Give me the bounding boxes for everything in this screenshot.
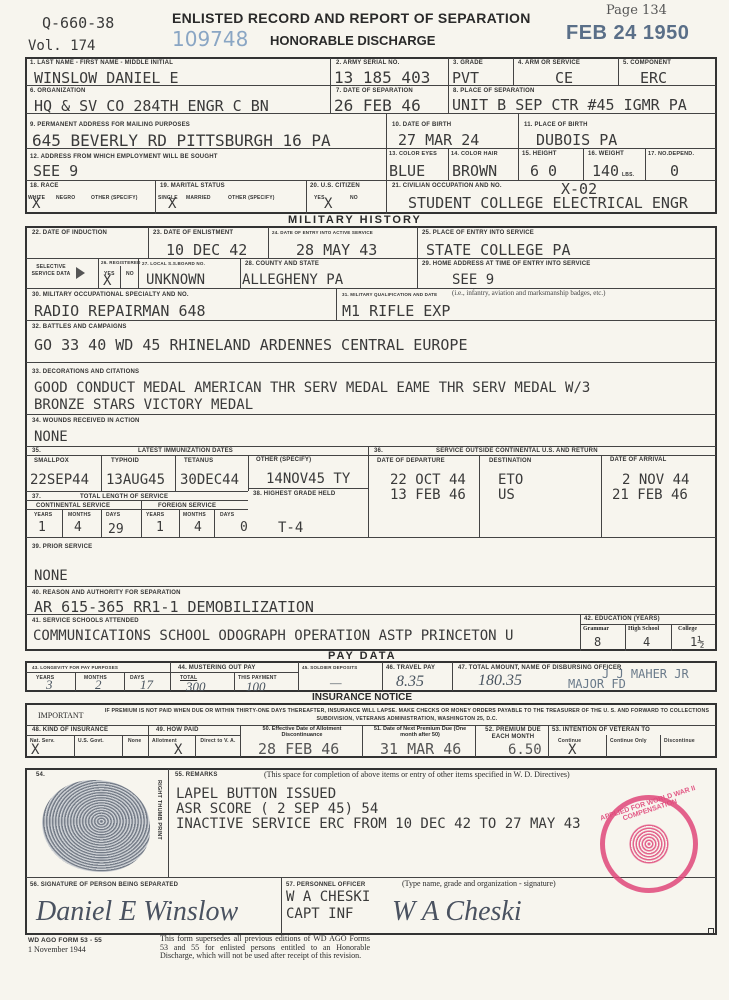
- foreign-months: 4: [194, 520, 202, 535]
- intention-check-mark: X: [568, 742, 576, 758]
- active-entry-field: 28 MAY 43: [296, 241, 377, 259]
- grade-label: 3. Grade: [453, 60, 483, 66]
- separation-place-label: 8. Place of Separation: [453, 88, 535, 94]
- effective-date-label: 50. Effective Date of Allotment Disconti…: [246, 726, 358, 738]
- corner-box-icon: [708, 928, 714, 934]
- personnel-officer-name: W A CHESKI: [286, 889, 370, 905]
- education-label: 42. Education (Years): [584, 616, 660, 622]
- remarks-line-1: LAPEL BUTTON ISSUED: [176, 786, 336, 802]
- date-stamp: FEB 24 1950: [566, 22, 689, 45]
- registered-check-mark: X: [103, 273, 111, 289]
- grade-field: PVT: [452, 69, 479, 87]
- qualification-field: M1 RIFLE EXP: [342, 302, 450, 320]
- pob-label: 11. Place of Birth: [524, 122, 588, 128]
- this-payment: 100: [246, 679, 266, 695]
- outside-title: Service Outside Continental U.S. and Ret…: [436, 448, 598, 454]
- county-label: 28. County and State: [245, 261, 319, 267]
- reason-field: AR 615-365 RR1-1 DEMOBILIZATION: [34, 598, 314, 616]
- college-label: College: [678, 626, 697, 632]
- stamp-seal-icon: [629, 824, 669, 864]
- effective-date-field: 28 FEB 46: [258, 740, 339, 758]
- battles-field: GO 33 40 WD 45 RHINELAND ARDENNES CENTRA…: [34, 336, 467, 354]
- induction-label: 22. Date of Induction: [32, 230, 107, 236]
- mos-label: 30. Military Occupational Specialty and …: [32, 292, 189, 298]
- cont-months: 4: [74, 520, 82, 535]
- remarks-line-3: INACTIVE SERVICE ERC FROM 10 DEC 42 TO 2…: [176, 816, 581, 832]
- marital-label: 19. Marital Status: [160, 183, 225, 189]
- board-no-field: UNKNOWN: [146, 272, 205, 288]
- hair-label: 14. Color Hair: [451, 151, 498, 157]
- college-years: 1½: [690, 635, 704, 649]
- military-history-box: [25, 226, 717, 651]
- wounds-label: 34. Wounds Received in Action: [32, 418, 140, 424]
- race-option-other[interactable]: Other (specify): [91, 195, 138, 201]
- citizen-check-mark: X: [324, 196, 332, 212]
- race-option-negro[interactable]: Negro: [56, 195, 75, 201]
- paid-option-direct[interactable]: Direct to V. A.: [200, 738, 236, 744]
- citizen-label: 20. U.S. Citizen: [310, 183, 360, 189]
- foreign-days-label: Days: [220, 512, 234, 518]
- employment-address-label: 12. Address from which employment will b…: [30, 154, 218, 160]
- highest-grade-field: T-4: [278, 520, 303, 536]
- organization-label: 6. Organization: [30, 88, 86, 94]
- occupation-label: 21. Civilian Occupation and No.: [392, 183, 502, 189]
- smallpox-date: 22SEP44: [30, 472, 89, 488]
- immunization-number-label: 35.: [32, 448, 41, 454]
- organization-field: HQ & SV CO 284TH ENGR C BN: [34, 97, 269, 115]
- tetanus-label: Tetanus: [184, 458, 213, 464]
- kind-option-none[interactable]: None: [128, 738, 141, 744]
- immunization-title: Latest Immunization Dates: [138, 448, 233, 454]
- serial-field: 13 185 403: [334, 68, 430, 87]
- total-amount-field: 180.35: [478, 672, 522, 690]
- weight-unit: LBS.: [622, 172, 634, 178]
- next-due-label: 51. Date of Next Premium Due (One month …: [368, 726, 472, 738]
- arrival-date: 21 FEB 46: [612, 487, 688, 503]
- weight-label: 16. Weight: [588, 151, 624, 157]
- prior-service-field: NONE: [34, 568, 68, 584]
- dependents-field: 0: [670, 162, 679, 180]
- page-number: Page 134: [606, 3, 667, 18]
- dob-field: 27 MAR 24: [398, 131, 479, 149]
- longevity-label: 43. Longevity for Pay Purposes: [32, 665, 118, 670]
- intention-label: 53. Intention of Veteran to: [552, 727, 650, 733]
- departure-date: 13 FEB 46: [390, 487, 466, 503]
- other-immunization-label: Other (specify): [256, 457, 311, 463]
- how-paid-label: 49. How Paid: [156, 727, 199, 733]
- form-supersede-note: This form supersedes all previous editio…: [160, 935, 370, 961]
- name-label: 1. Last Name - First Name - Middle Initi…: [30, 60, 173, 66]
- remarks-line-2: ASR SCORE ( 2 SEP 45) 54: [176, 801, 378, 817]
- military-history-heading: MILITARY HISTORY: [288, 214, 422, 226]
- home-address-label: 29. Home Address at time of entry into s…: [422, 261, 590, 267]
- insurance-kind-label: 48. Kind of Insurance: [32, 727, 108, 733]
- cont-years: 1: [38, 520, 46, 535]
- travel-pay-field: 8.35: [396, 673, 424, 691]
- high-school-label: High School: [628, 626, 659, 632]
- continental-title: Continental Service: [36, 503, 110, 509]
- remarks-label: 55. Remarks: [175, 772, 218, 778]
- selective-service-label: Selective Service Data: [30, 264, 72, 278]
- hair-field: BROWN: [452, 162, 497, 180]
- prior-service-label: 39. Prior Service: [32, 544, 92, 550]
- departure-date: 22 OCT 44: [390, 472, 466, 488]
- height-field: 6 0: [530, 162, 557, 180]
- weight-field: 140: [592, 162, 619, 180]
- race-label: 18. Race: [30, 183, 59, 189]
- component-label: 5. Component: [623, 60, 671, 66]
- thumb-print-label: RIGHT THUMB PRINT: [156, 780, 162, 840]
- address-label: 9. Permanent Address for Mailing Purpose…: [30, 122, 190, 128]
- outside-number-label: 36.: [374, 448, 383, 454]
- insurance-heading: INSURANCE NOTICE: [312, 692, 412, 703]
- typhoid-date: 13AUG45: [106, 472, 165, 488]
- arrival-header: Date of Arrival: [610, 457, 667, 463]
- home-address-field: SEE 9: [452, 272, 494, 288]
- longevity-months: 2: [95, 677, 102, 693]
- component-field: ERC: [640, 69, 667, 87]
- enlistment-field: 10 DEC 42: [166, 241, 247, 259]
- cont-years-label: Years: [34, 512, 52, 518]
- length-title: Total Length of Service: [80, 494, 168, 500]
- form-date: 1 November 1944: [28, 945, 86, 954]
- enlistment-label: 23. Date of Enlistment: [153, 230, 233, 236]
- mustering-total: 300: [186, 679, 206, 695]
- mustering-label: 44. Mustering Out Pay: [178, 665, 256, 671]
- grammar-years: 8: [594, 635, 601, 649]
- marital-option-married[interactable]: Married: [186, 195, 211, 201]
- employment-address-field: SEE 9: [33, 162, 78, 180]
- arrival-date: 2 NOV 44: [622, 472, 689, 488]
- schools-field: COMMUNICATIONS SCHOOL ODOGRAPH OPERATION…: [33, 628, 513, 644]
- board-no-label: 27. Local S.S.Board No.: [142, 261, 205, 266]
- active-entry-label: 24. Date of Entry into Active Service: [272, 230, 373, 235]
- separation-date-label: 7. Date of Separation: [336, 88, 413, 94]
- address-field: 645 BEVERLY RD PITTSBURGH 16 PA: [32, 131, 331, 150]
- stamp-number: 109748: [172, 27, 248, 51]
- name-field: WINSLOW DANIEL E: [34, 69, 179, 87]
- arm-field: CE: [555, 69, 573, 87]
- remarks-hint: (This space for completion of above item…: [264, 770, 570, 779]
- decorations-line-1: GOOD CONDUCT MEDAL AMERICAN THR SERV MED…: [34, 380, 590, 396]
- typhoid-label: Typhoid: [111, 458, 139, 464]
- grammar-label: Grammar: [583, 626, 609, 632]
- foreign-years: 1: [156, 520, 164, 535]
- file-number: Q-660-38: [42, 14, 114, 32]
- reason-label: 40. Reason and Authority for Separation: [32, 590, 181, 596]
- intention-option-discontinue[interactable]: Discontinue: [664, 738, 695, 744]
- separation-date-field: 26 FEB 46: [334, 96, 421, 115]
- personnel-officer-signature: W A Cheski: [392, 896, 522, 928]
- foreign-title: Foreign Service: [158, 503, 216, 509]
- dob-label: 10. Date of Birth: [392, 122, 451, 128]
- deposits-field: —: [330, 675, 342, 691]
- form-number: WD AGO FORM 53 - 55: [28, 937, 102, 944]
- personnel-officer-label: 57. Personnel Officer: [286, 882, 365, 888]
- occupation-field: STUDENT COLLEGE ELECTRICAL ENGR: [408, 194, 688, 212]
- paid-check-mark: X: [174, 742, 182, 758]
- registered-label: 26. Registered: [101, 260, 141, 265]
- highest-grade-label: 38. Highest Grade Held: [253, 491, 335, 497]
- separation-place-field: UNIT B SEP CTR #45 IGMR PA: [452, 96, 687, 114]
- cont-days-label: Days: [106, 512, 120, 518]
- citizen-option-no[interactable]: No: [350, 195, 358, 201]
- foreign-years-label: Years: [146, 512, 164, 518]
- next-due-field: 31 MAR 46: [380, 740, 461, 758]
- intention-option-continue-only[interactable]: Continue Only: [610, 738, 647, 744]
- arm-label: 4. Arm or Service: [518, 60, 580, 66]
- total-amount-label: 47. Total Amount, Name of Disbursing Off…: [458, 665, 622, 671]
- battles-label: 32. Battles and Campaigns: [32, 324, 127, 330]
- longevity-days: 17: [140, 677, 153, 693]
- wounds-field: NONE: [34, 429, 68, 445]
- registered-option-no[interactable]: No: [126, 271, 134, 277]
- cont-months-label: Months: [68, 512, 91, 518]
- height-label: 15. Height: [522, 151, 557, 157]
- tetanus-date: 30DEC44: [180, 472, 239, 488]
- important-label: IMPORTANT: [38, 711, 84, 720]
- premium-field: 6.50: [508, 742, 542, 758]
- foreign-months-label: Months: [183, 512, 206, 518]
- volume-number: Vol. 174: [28, 38, 95, 54]
- pointer-arrow-icon: [76, 267, 85, 279]
- entry-place-field: STATE COLLEGE PA: [426, 241, 571, 259]
- destination: US: [498, 487, 515, 503]
- cont-days: 29: [108, 522, 124, 537]
- marital-option-other[interactable]: Other (specify): [228, 195, 275, 201]
- personnel-officer-grade: CAPT INF: [286, 906, 353, 922]
- disbursing-officer-rank: MAJOR FD: [568, 677, 626, 691]
- decorations-line-2: BRONZE STARS VICTORY MEDAL: [34, 397, 253, 413]
- other-immunization-date: 14NOV45 TY: [266, 471, 350, 487]
- eyes-label: 13. Color Eyes: [389, 151, 437, 157]
- form-subtitle: HONORABLE DISCHARGE: [270, 33, 435, 48]
- deposits-label: 45. Soldier Deposits: [302, 665, 358, 670]
- smallpox-label: Smallpox: [34, 458, 69, 464]
- travel-pay-label: 46. Travel Pay: [386, 665, 435, 671]
- foreign-days: 0: [240, 520, 248, 535]
- departure-header: Date of Departure: [377, 458, 445, 464]
- separated-signature-label: 56. Signature of Person Being Separated: [30, 882, 178, 888]
- schools-label: 41. Service Schools Attended: [32, 618, 139, 624]
- marital-check-mark: X: [168, 196, 176, 212]
- high-school-years: 4: [643, 635, 650, 649]
- decorations-label: 33. Decorations and Citations: [32, 369, 139, 375]
- thumbprint-number-label: 54.: [36, 772, 45, 778]
- kind-option-us-govt[interactable]: U.S. Govt.: [78, 738, 104, 744]
- destination: ETO: [498, 472, 523, 488]
- mos-field: RADIO REPAIRMAN 648: [34, 302, 206, 320]
- kind-check-mark: X: [31, 742, 39, 758]
- destination-header: Destination: [489, 458, 531, 464]
- eyes-field: BLUE: [389, 162, 425, 180]
- serial-label: 2. Army Serial No.: [336, 60, 400, 66]
- length-number-label: 37.: [32, 494, 41, 500]
- longevity-years: 3: [46, 677, 53, 693]
- qualification-label: 31. Military Qualification and Date: [342, 292, 437, 297]
- race-check-mark: X: [32, 196, 40, 212]
- dependents-label: 17. No.Depend.: [648, 151, 694, 157]
- form-title: ENLISTED RECORD AND REPORT OF SEPARATION: [172, 10, 531, 26]
- insurance-notice-text: IF PREMIUM IS NOT PAID WHEN DUE OR WITHI…: [104, 707, 710, 723]
- premium-label: 52. Premium Due Each Month: [480, 727, 546, 741]
- qualification-hint: (i.e., infantry, aviation and marksmansh…: [452, 289, 606, 297]
- separated-signature: Daniel E Winslow: [36, 896, 238, 928]
- personnel-officer-hint: (Type name, grade and organization - sig…: [402, 879, 556, 888]
- county-field: ALLEGHENY PA: [242, 272, 343, 288]
- pob-field: DUBOIS PA: [536, 131, 617, 149]
- entry-place-label: 25. Place of Entry into Service: [422, 230, 534, 236]
